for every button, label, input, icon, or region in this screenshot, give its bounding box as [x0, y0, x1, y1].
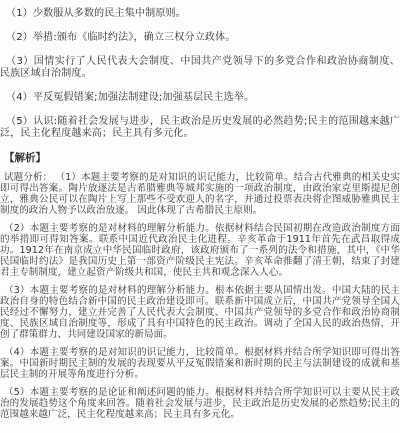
- answer-item-5: （5）认识:随着社会发展与进步，民主政治是历史发展的必然趋势;民主的范围越来越广…: [0, 116, 400, 140]
- analysis-paragraph-5: （5）本题主要考察的是论证和阐述问题的能力。根据材料并结合所学知识可以主要从民主…: [0, 387, 400, 420]
- analysis-paragraph-1: 试题分析： （1）本题主要考察的是对知识的识记能力，比较简单。结合古代雅典的相关…: [0, 172, 400, 216]
- analysis-section: 【解析】 试题分析： （1）本题主要考察的是对知识的识记能力，比较简单。结合古代…: [0, 152, 400, 420]
- answer-item-2: （2）举措:颁布《临时约法》，确立三权分立政体。: [0, 32, 400, 44]
- analysis-paragraph-3: （3）本题主要考察的是对材料的理解分析能力。根本依据主要从国情出发。中国大陆的民…: [0, 285, 400, 340]
- document-page: （1）少数服从多数的民主集中制原则。 （2）举措:颁布《临时约法》，确立三权分立…: [0, 0, 400, 433]
- analysis-paragraph-2: （2）本题主要考察的是对材料的理解分析能力。依据材料结合民国初期在改造政治制度方…: [0, 223, 400, 278]
- analysis-header: 【解析】: [0, 152, 400, 164]
- analysis-paragraph-4: （4）本题主要考察的是对知识的识记能力，比较简单。根据材料并结合所学知识即可得出…: [0, 347, 400, 380]
- answer-item-3: （3）国情实行了人民代表大会制度、中国共产党领导下的多党合作和政治协商制度、民族…: [0, 56, 400, 80]
- answer-item-1: （1）少数服从多数的民主集中制原则。: [0, 8, 400, 20]
- answer-item-4: （4）平反冤假错案;加强法制建设;加强基层民主选举。: [0, 92, 400, 104]
- answers-section: （1）少数服从多数的民主集中制原则。 （2）举措:颁布《临时约法》，确立三权分立…: [0, 8, 400, 140]
